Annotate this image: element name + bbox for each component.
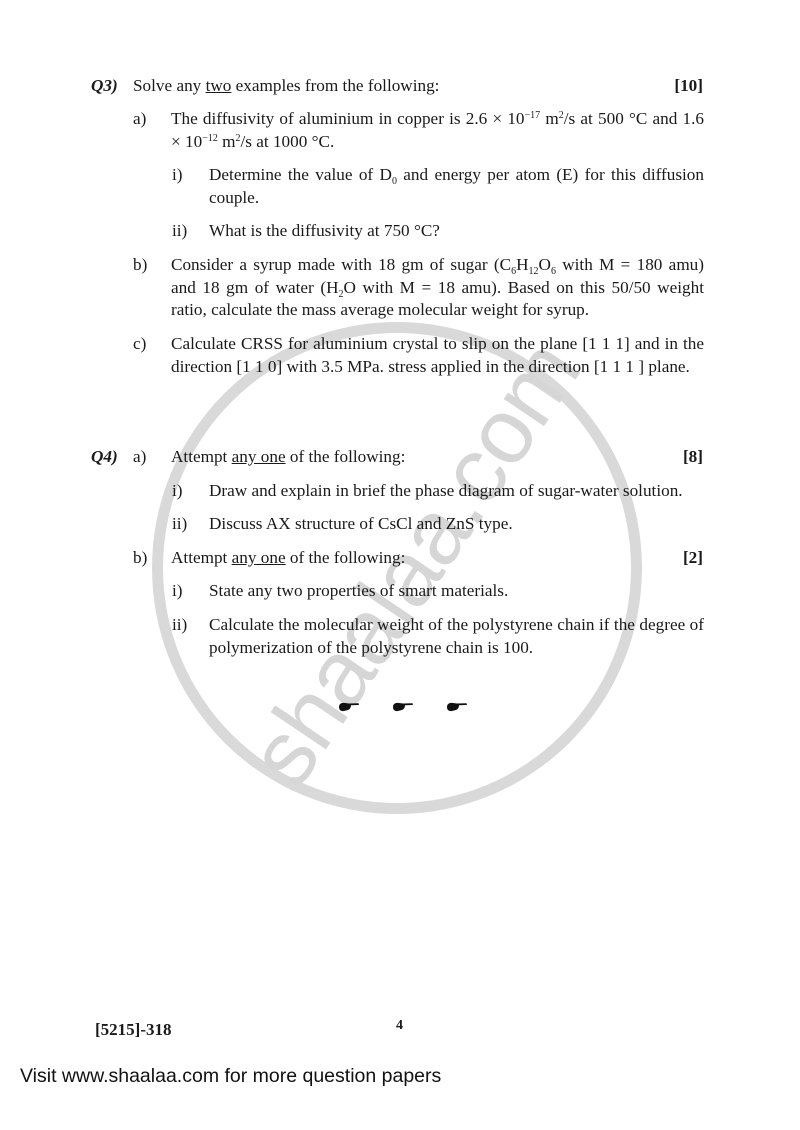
question-paper-page: shaalaa.com Q3) Solve any two examples f… bbox=[0, 0, 800, 1130]
q3-a-text: The diffusivity of aluminium in copper i… bbox=[171, 108, 704, 153]
q4-a-marks: [8] bbox=[683, 446, 703, 469]
q3-a-label: a) bbox=[133, 108, 146, 131]
q4-b-label: b) bbox=[133, 547, 147, 570]
paper-code: [5215]-318 bbox=[95, 1020, 171, 1040]
q4-a-ii-text: Discuss AX structure of CsCl and ZnS typ… bbox=[209, 513, 704, 536]
q3-a-ii-text: What is the diffusivity at 750 °C? bbox=[209, 220, 704, 243]
pointing-hand-icon bbox=[446, 700, 468, 714]
q4-b-marks: [2] bbox=[683, 547, 703, 570]
q3-b-label: b) bbox=[133, 254, 147, 277]
page-number: 4 bbox=[396, 1018, 403, 1034]
q4-a-label: a) bbox=[133, 446, 146, 469]
q4-b-i-text: State any two properties of smart materi… bbox=[209, 580, 704, 603]
q4-b-ii-text: Calculate the molecular weight of the po… bbox=[209, 614, 704, 659]
q3-c-text: Calculate CRSS for aluminium crystal to … bbox=[171, 333, 704, 378]
q4-a-i-text: Draw and explain in brief the phase diag… bbox=[209, 480, 704, 503]
q3-number: Q3) bbox=[91, 75, 118, 98]
q3-instruction: Solve any two examples from the followin… bbox=[133, 75, 439, 98]
pointing-hand-icon bbox=[392, 700, 414, 714]
end-of-paper-marker bbox=[338, 700, 468, 720]
q3-a-i-label: i) bbox=[172, 164, 183, 187]
pointing-hand-icon bbox=[338, 700, 360, 714]
promo-link-text[interactable]: Visit www.shaalaa.com for more question … bbox=[20, 1065, 441, 1088]
q4-a-ii-label: ii) bbox=[172, 513, 187, 536]
q4-a-instruction: Attempt any one of the following: bbox=[171, 446, 405, 469]
q3-marks: [10] bbox=[674, 75, 703, 98]
q4-number: Q4) bbox=[91, 446, 118, 469]
q4-b-i-label: i) bbox=[172, 580, 183, 603]
q4-b-ii-label: ii) bbox=[172, 614, 187, 637]
q3-a-ii-label: ii) bbox=[172, 220, 187, 243]
q4-b-instruction: Attempt any one of the following: bbox=[171, 547, 405, 570]
q3-a-i-text: Determine the value of D0 and energy per… bbox=[209, 164, 704, 209]
q3-c-label: c) bbox=[133, 333, 146, 356]
q4-a-i-label: i) bbox=[172, 480, 183, 503]
q3-b-text: Consider a syrup made with 18 gm of suga… bbox=[171, 254, 704, 322]
